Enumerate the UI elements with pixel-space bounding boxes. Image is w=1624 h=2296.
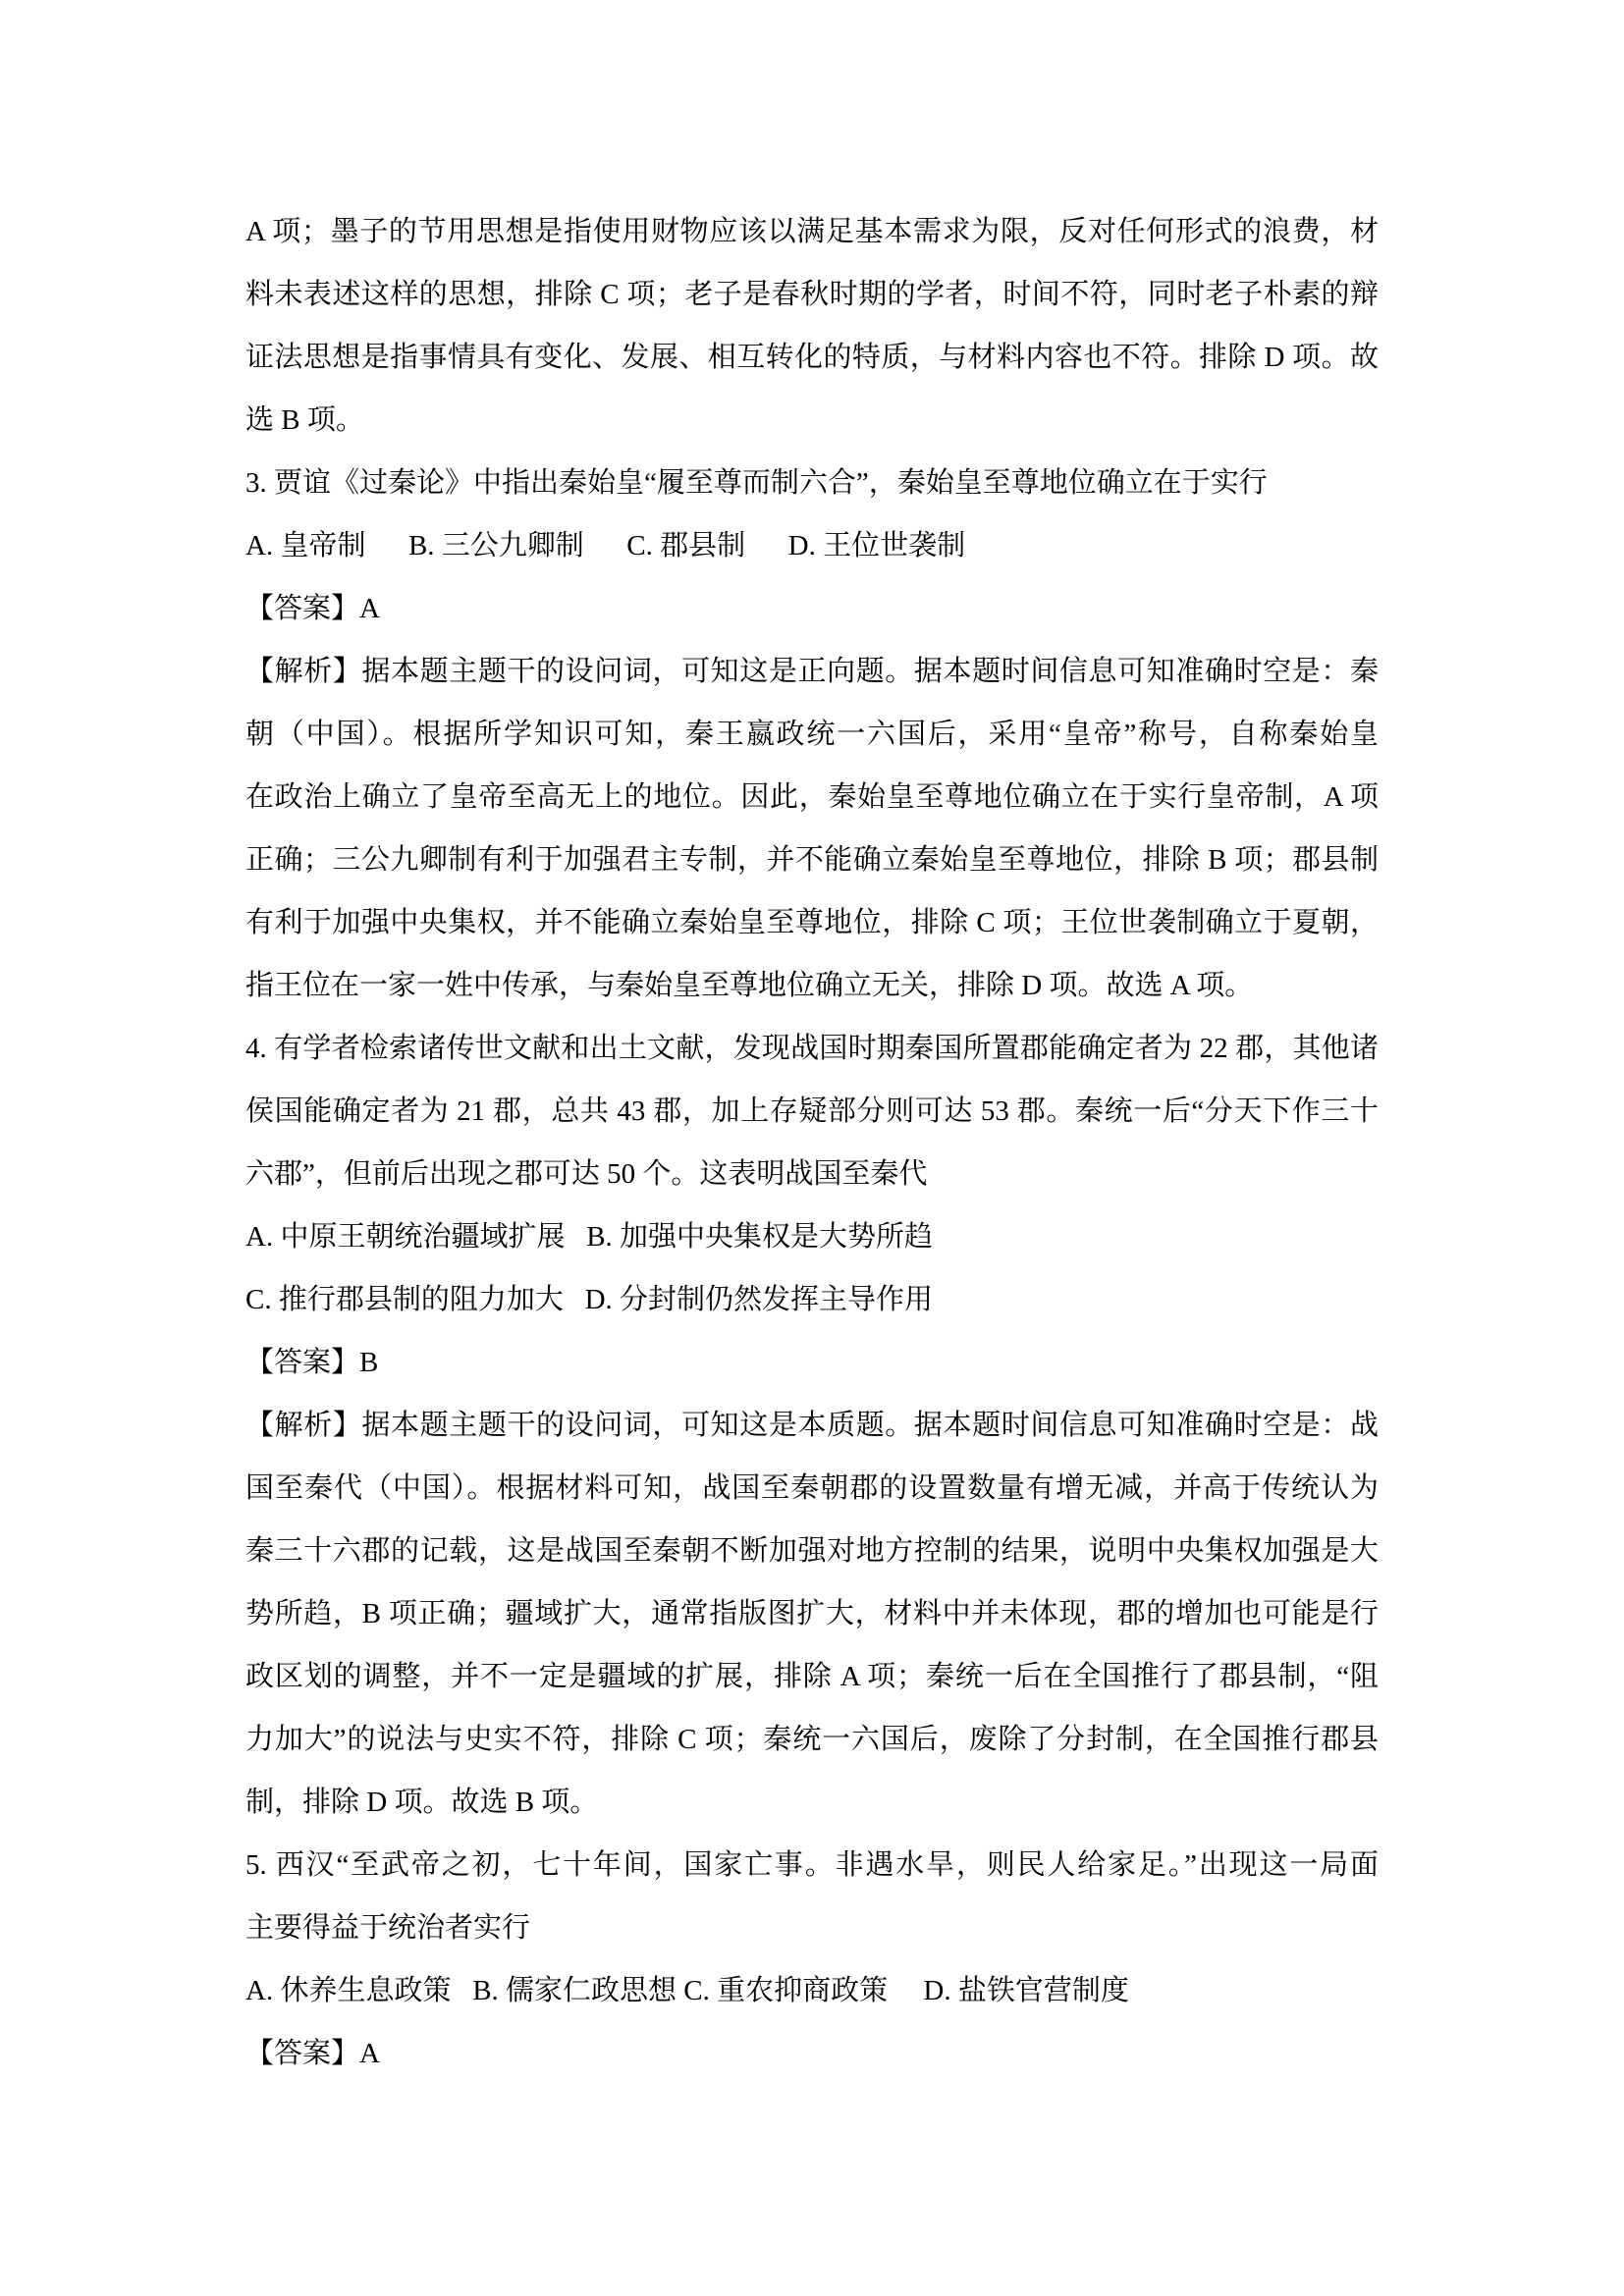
question-4-analysis-line-2: 国至秦代（中国）。根据材料可知，战国至秦朝郡的设置数量有增无减，并高于传统认为 (245, 1457, 1379, 1520)
question-3-analysis-line-5: 有利于加强中央集权，并不能确立秦始皇至尊地位，排除 C 项；王位世袭制确立于夏朝… (245, 891, 1379, 954)
question-4-analysis-line-7: 制，排除 D 项。故选 B 项。 (245, 1771, 1379, 1834)
analysis-q2-line-1: A 项；墨子的节用思想是指使用财物应该以满足基本需求为限，反对任何形式的浪费，材 (245, 200, 1379, 263)
question-3-analysis-line-2: 朝（中国）。根据所学知识可知，秦王嬴政统一六国后，采用“皇帝”称号，自称秦始皇 (245, 703, 1379, 766)
exam-answer-page: A 项；墨子的节用思想是指使用财物应该以满足基本需求为限，反对任何形式的浪费，材… (0, 0, 1624, 2296)
analysis-q2-line-3: 证法思想是指事情具有变化、发展、相互转化的特质，与材料内容也不符。排除 D 项。… (245, 326, 1379, 389)
question-4-stem-line-1: 4. 有学者检索诸传世文献和出土文献，发现战国时期秦国所置郡能确定者为 22 郡… (245, 1017, 1379, 1080)
question-3-analysis-line-6: 指王位在一家一姓中传承，与秦始皇至尊地位确立无关，排除 D 项。故选 A 项。 (245, 954, 1379, 1017)
question-5-answer: 【答案】A (245, 2022, 1379, 2085)
question-4-stem-line-3: 六郡”，但前后出现之郡可达 50 个。这表明战国至秦代 (245, 1143, 1379, 1205)
question-3-analysis-line-4: 正确；三公九卿制有利于加强君主专制，并不能确立秦始皇至尊地位，排除 B 项；郡县… (245, 828, 1379, 891)
document-text-block: A 项；墨子的节用思想是指使用财物应该以满足基本需求为限，反对任何形式的浪费，材… (245, 200, 1379, 2085)
question-4-analysis-line-1: 【解析】据本题主题干的设问词，可知这是本质题。据本题时间信息可知准确时空是：战 (245, 1394, 1379, 1457)
question-3-answer: 【答案】A (245, 577, 1379, 640)
question-3-analysis-line-1: 【解析】据本题主题干的设问词，可知这是正向题。据本题时间信息可知准确时空是：秦 (245, 640, 1379, 703)
question-4-analysis-line-6: 力加大”的说法与史实不符，排除 C 项；秦统一六国后，废除了分封制，在全国推行郡… (245, 1708, 1379, 1771)
question-4-options-cd: C. 推行郡县制的阻力加大 D. 分封制仍然发挥主导作用 (245, 1268, 1379, 1331)
analysis-q2-line-2: 料未表述这样的思想，排除 C 项；老子是春秋时期的学者，时间不符，同时老子朴素的… (245, 263, 1379, 326)
question-3-stem: 3. 贾谊《过秦论》中指出秦始皇“履至尊而制六合”，秦始皇至尊地位确立在于实行 (245, 452, 1379, 514)
analysis-q2-line-4: 选 B 项。 (245, 389, 1379, 452)
question-5-stem-line-2: 主要得益于统治者实行 (245, 1896, 1379, 1959)
question-4-stem-line-2: 侯国能确定者为 21 郡，总共 43 郡，加上存疑部分则可达 53 郡。秦统一后… (245, 1080, 1379, 1143)
question-3-options: A. 皇帝制 B. 三公九卿制 C. 郡县制 D. 王位世袭制 (245, 514, 1379, 577)
question-4-analysis-line-4: 势所趋，B 项正确；疆域扩大，通常指版图扩大，材料中并未体现，郡的增加也可能是行 (245, 1582, 1379, 1645)
question-4-analysis-line-3: 秦三十六郡的记载，这是战国至秦朝不断加强对地方控制的结果，说明中央集权加强是大 (245, 1520, 1379, 1582)
question-5-stem-line-1: 5. 西汉“至武帝之初，七十年间，国家亡事。非遇水旱，则民人给家足。”出现这一局… (245, 1834, 1379, 1896)
question-4-options-ab: A. 中原王朝统治疆域扩展 B. 加强中央集权是大势所趋 (245, 1205, 1379, 1268)
question-5-options: A. 休养生息政策 B. 儒家仁政思想 C. 重农抑商政策 D. 盐铁官营制度 (245, 1959, 1379, 2022)
question-4-analysis-line-5: 政区划的调整，并不一定是疆域的扩展，排除 A 项；秦统一后在全国推行了郡县制，“… (245, 1645, 1379, 1708)
question-4-answer: 【答案】B (245, 1331, 1379, 1394)
question-3-analysis-line-3: 在政治上确立了皇帝至高无上的地位。因此，秦始皇至尊地位确立在于实行皇帝制，A 项 (245, 766, 1379, 828)
